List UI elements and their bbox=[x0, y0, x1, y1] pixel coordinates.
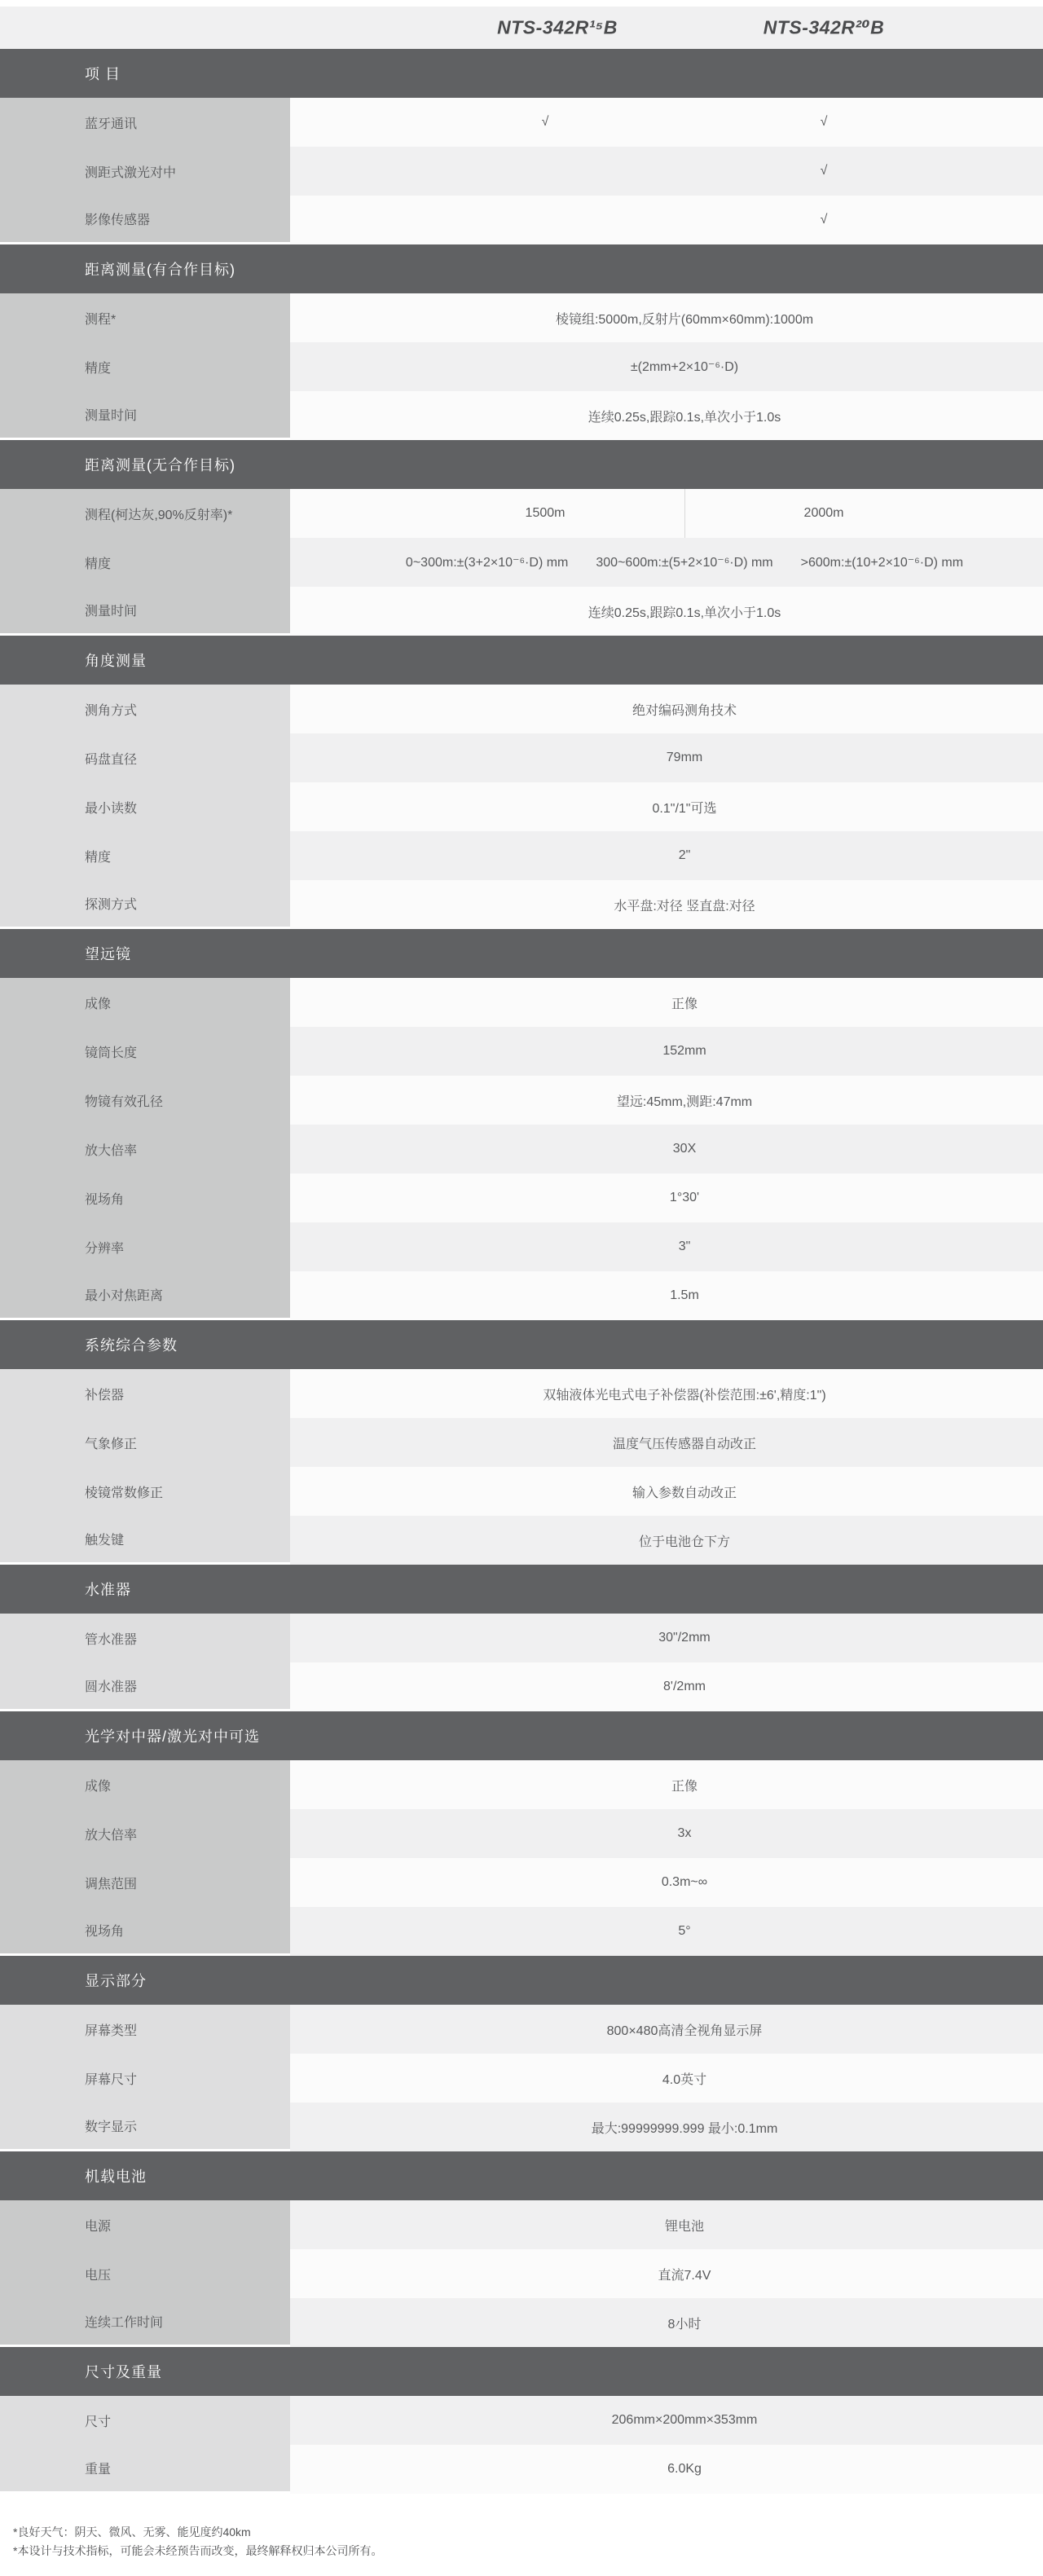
row-value: 连续0.25s,跟踪0.1s,单次小于1.0s bbox=[326, 587, 1043, 636]
footnote-weather: *良好天气：阴天、微风、无雾、能见度约40km bbox=[13, 2523, 1043, 2542]
row-label-cell: 圆水准器 bbox=[0, 1662, 290, 1711]
table-row: 放大倍率3x bbox=[0, 1809, 1043, 1858]
row-value: 3x bbox=[326, 1809, 1043, 1858]
row-value-cell: 30"/2mm bbox=[290, 1614, 1043, 1662]
row-label-cell: 码盘直径 bbox=[0, 733, 290, 782]
row-value-cell: 直流7.4V bbox=[290, 2249, 1043, 2298]
row-value-cell: 800×480高清全视角显示屏 bbox=[290, 2005, 1043, 2054]
row-label-cell: 屏幕尺寸 bbox=[0, 2054, 290, 2103]
row-value: 正像 bbox=[326, 1760, 1043, 1809]
row-label: 补偿器 bbox=[85, 1385, 124, 1403]
row-value-cell: 1.5m bbox=[290, 1271, 1043, 1320]
table-row: 气象修正温度气压传感器自动改正 bbox=[0, 1418, 1043, 1467]
section-title: 光学对中器/激光对中可选 bbox=[85, 1725, 260, 1746]
row-label: 影像传感器 bbox=[85, 209, 150, 228]
row-value: ±(2mm+2×10⁻⁶·D) bbox=[326, 342, 1043, 391]
row-label: 物镜有效孔径 bbox=[85, 1091, 163, 1110]
row-label-cell: 视场角 bbox=[0, 1174, 290, 1222]
row-value-cell: √ bbox=[290, 196, 1043, 244]
section-title: 距离测量(无合作目标) bbox=[85, 454, 235, 475]
row-label-cell: 最小读数 bbox=[0, 782, 290, 831]
row-label: 管水准器 bbox=[85, 1629, 137, 1648]
table-row: 电压直流7.4V bbox=[0, 2249, 1043, 2298]
spec-section: 显示部分屏幕类型800×480高清全视角显示屏屏幕尺寸4.0英寸数字显示最大:9… bbox=[0, 1956, 1043, 2151]
row-value-cell: 输入参数自动改正 bbox=[290, 1467, 1043, 1516]
table-row: 连续工作时间8小时 bbox=[0, 2298, 1043, 2347]
row-label: 屏幕尺寸 bbox=[85, 2069, 137, 2088]
row-value-cell: 4.0英寸 bbox=[290, 2054, 1043, 2103]
row-value-cell: 连续0.25s,跟踪0.1s,单次小于1.0s bbox=[290, 587, 1043, 636]
section-title: 角度测量 bbox=[85, 650, 147, 671]
row-label: 放大倍率 bbox=[85, 1140, 137, 1159]
row-label-cell: 气象修正 bbox=[0, 1418, 290, 1467]
value-segment: 300~600m:±(5+2×10⁻⁶·D) mm bbox=[596, 554, 772, 570]
row-label: 镜筒长度 bbox=[85, 1042, 137, 1061]
row-label-cell: 连续工作时间 bbox=[0, 2298, 290, 2347]
model-header-band: NTS-342R¹⁵B NTS-342R²⁰B bbox=[0, 7, 1043, 49]
row-label: 码盘直径 bbox=[85, 749, 137, 768]
row-value-cell: 望远:45mm,测距:47mm bbox=[290, 1076, 1043, 1125]
row-value: 2" bbox=[326, 831, 1043, 880]
row-value: 800×480高清全视角显示屏 bbox=[326, 2005, 1043, 2054]
model-name-1: NTS-342R¹⁵B bbox=[497, 17, 618, 39]
row-value-cell: 0.3m~∞ bbox=[290, 1858, 1043, 1907]
spec-section: 系统综合参数补偿器双轴液体光电式电子补偿器(补偿范围:±6',精度:1")气象修… bbox=[0, 1320, 1043, 1565]
row-value-cell: 双轴液体光电式电子补偿器(补偿范围:±6',精度:1") bbox=[290, 1369, 1043, 1418]
row-label: 数字显示 bbox=[85, 2116, 137, 2135]
row-value-cell: 绝对编码测角技术 bbox=[290, 685, 1043, 733]
row-label-cell: 重量 bbox=[0, 2445, 290, 2494]
column-value: 2000m bbox=[804, 489, 844, 538]
row-value-cell: 0.1"/1"可选 bbox=[290, 782, 1043, 831]
row-value: 输入参数自动改正 bbox=[326, 1467, 1043, 1516]
section-bar: 望远镜 bbox=[0, 929, 1043, 978]
row-value-cell: 1500m2000m bbox=[290, 489, 1043, 538]
row-label: 最小读数 bbox=[85, 798, 137, 817]
check-mark: √ bbox=[542, 98, 549, 147]
row-label: 成像 bbox=[85, 993, 111, 1012]
row-label-cell: 数字显示 bbox=[0, 2103, 290, 2151]
row-value: 棱镜组:5000m,反射片(60mm×60mm):1000m bbox=[326, 293, 1043, 342]
row-label: 测距式激光对中 bbox=[85, 162, 176, 181]
row-value: 5° bbox=[326, 1907, 1043, 1956]
row-label-cell: 视场角 bbox=[0, 1907, 290, 1956]
row-label-cell: 影像传感器 bbox=[0, 196, 290, 244]
row-label-cell: 蓝牙通讯 bbox=[0, 98, 290, 147]
row-value-cell: 0~300m:±(3+2×10⁻⁶·D) mm300~600m:±(5+2×10… bbox=[290, 538, 1043, 587]
table-row: 视场角5° bbox=[0, 1907, 1043, 1956]
section-bar: 角度测量 bbox=[0, 636, 1043, 685]
row-label: 精度 bbox=[85, 847, 111, 865]
row-label-cell: 电压 bbox=[0, 2249, 290, 2298]
section-title: 水准器 bbox=[85, 1579, 131, 1600]
table-row: 屏幕尺寸4.0英寸 bbox=[0, 2054, 1043, 2103]
row-label-cell: 精度 bbox=[0, 538, 290, 587]
row-value: 正像 bbox=[326, 978, 1043, 1027]
row-value: 绝对编码测角技术 bbox=[326, 685, 1043, 733]
table-row: 测量时间连续0.25s,跟踪0.1s,单次小于1.0s bbox=[0, 391, 1043, 440]
section-bar: 距离测量(无合作目标) bbox=[0, 440, 1043, 489]
row-label-cell: 放大倍率 bbox=[0, 1125, 290, 1174]
row-label-cell: 测程* bbox=[0, 293, 290, 342]
section-bar: 光学对中器/激光对中可选 bbox=[0, 1711, 1043, 1760]
table-row: 测程(柯达灰,90%反射率)*1500m2000m bbox=[0, 489, 1043, 538]
table-row: 精度±(2mm+2×10⁻⁶·D) bbox=[0, 342, 1043, 391]
row-label: 测量时间 bbox=[85, 601, 137, 619]
table-row: 测距式激光对中√ bbox=[0, 147, 1043, 196]
row-value: 4.0英寸 bbox=[326, 2054, 1043, 2103]
table-row: 物镜有效孔径望远:45mm,测距:47mm bbox=[0, 1076, 1043, 1125]
row-label: 重量 bbox=[85, 2459, 111, 2477]
row-label: 触发键 bbox=[85, 1530, 124, 1548]
row-label: 电源 bbox=[85, 2216, 111, 2235]
row-label-cell: 补偿器 bbox=[0, 1369, 290, 1418]
row-label-cell: 精度 bbox=[0, 342, 290, 391]
row-value: 位于电池仓下方 bbox=[326, 1516, 1043, 1565]
row-label: 成像 bbox=[85, 1776, 111, 1794]
row-label: 精度 bbox=[85, 553, 111, 572]
table-row: 镜筒长度152mm bbox=[0, 1027, 1043, 1076]
row-label: 最小对焦距离 bbox=[85, 1285, 163, 1304]
row-value-cell: 5° bbox=[290, 1907, 1043, 1956]
row-value: 温度气压传感器自动改正 bbox=[326, 1418, 1043, 1467]
row-value-cell: 水平盘:对径 竖直盘:对径 bbox=[290, 880, 1043, 929]
spec-section: 角度测量测角方式绝对编码测角技术码盘直径79mm最小读数0.1"/1"可选精度2… bbox=[0, 636, 1043, 929]
row-label-cell: 测量时间 bbox=[0, 391, 290, 440]
row-label: 棱镜常数修正 bbox=[85, 1482, 163, 1501]
row-label-cell: 测距式激光对中 bbox=[0, 147, 290, 196]
row-label-cell: 测量时间 bbox=[0, 587, 290, 636]
section-title: 望远镜 bbox=[85, 943, 131, 964]
table-row: 测量时间连续0.25s,跟踪0.1s,单次小于1.0s bbox=[0, 587, 1043, 636]
row-value-cell: 棱镜组:5000m,反射片(60mm×60mm):1000m bbox=[290, 293, 1043, 342]
row-value-cell: √√ bbox=[290, 98, 1043, 147]
row-label: 测程(柯达灰,90%反射率)* bbox=[85, 504, 232, 523]
table-row: 最小对焦距离1.5m bbox=[0, 1271, 1043, 1320]
table-row: 最小读数0.1"/1"可选 bbox=[0, 782, 1043, 831]
row-label-cell: 棱镜常数修正 bbox=[0, 1467, 290, 1516]
row-value-cell: 206mm×200mm×353mm bbox=[290, 2396, 1043, 2445]
section-bar: 距离测量(有合作目标) bbox=[0, 244, 1043, 293]
row-label: 视场角 bbox=[85, 1189, 124, 1208]
table-row: 棱镜常数修正输入参数自动改正 bbox=[0, 1467, 1043, 1516]
row-label: 连续工作时间 bbox=[85, 2312, 163, 2331]
row-label-cell: 成像 bbox=[0, 978, 290, 1027]
column-divider bbox=[684, 489, 685, 538]
row-value-cell: 连续0.25s,跟踪0.1s,单次小于1.0s bbox=[290, 391, 1043, 440]
spec-section: 机载电池电源锂电池电压直流7.4V连续工作时间8小时 bbox=[0, 2151, 1043, 2347]
row-value: 1.5m bbox=[326, 1271, 1043, 1320]
section-title: 尺寸及重量 bbox=[85, 2361, 162, 2382]
section-bar: 水准器 bbox=[0, 1565, 1043, 1614]
row-value-cell: 正像 bbox=[290, 1760, 1043, 1809]
table-row: 视场角1°30' bbox=[0, 1174, 1043, 1222]
row-value: 3" bbox=[326, 1222, 1043, 1271]
row-value: 望远:45mm,测距:47mm bbox=[326, 1076, 1043, 1125]
section-bar: 系统综合参数 bbox=[0, 1320, 1043, 1369]
row-label: 电压 bbox=[85, 2265, 111, 2283]
row-value-cell: 锂电池 bbox=[290, 2200, 1043, 2249]
table-row: 影像传感器√ bbox=[0, 196, 1043, 244]
row-label: 测程* bbox=[85, 309, 116, 328]
section-bar: 项 目 bbox=[0, 49, 1043, 98]
row-value-cell: 79mm bbox=[290, 733, 1043, 782]
row-label-cell: 探测方式 bbox=[0, 880, 290, 929]
table-row: 圆水准器8'/2mm bbox=[0, 1662, 1043, 1711]
spec-section: 尺寸及重量尺寸206mm×200mm×353mm重量6.0Kg bbox=[0, 2347, 1043, 2494]
section-title: 系统综合参数 bbox=[85, 1334, 178, 1355]
row-value: 最大:99999999.999 最小:0.1mm bbox=[326, 2103, 1043, 2151]
table-row: 重量6.0Kg bbox=[0, 2445, 1043, 2494]
row-value-cell: 正像 bbox=[290, 978, 1043, 1027]
row-label-cell: 最小对焦距离 bbox=[0, 1271, 290, 1320]
row-value-cell: 位于电池仓下方 bbox=[290, 1516, 1043, 1565]
spec-section: 项 目蓝牙通讯√√测距式激光对中√影像传感器√ bbox=[0, 49, 1043, 244]
row-value: 8小时 bbox=[326, 2298, 1043, 2347]
table-row: 触发键位于电池仓下方 bbox=[0, 1516, 1043, 1565]
footnote-disclaimer: *本设计与技术指标，可能会未经预告而改变，最终解释权归本公司所有。 bbox=[13, 2542, 1043, 2561]
row-label-cell: 调焦范围 bbox=[0, 1858, 290, 1907]
table-row: 成像正像 bbox=[0, 978, 1043, 1027]
row-value-cell: 3x bbox=[290, 1809, 1043, 1858]
row-label: 精度 bbox=[85, 358, 111, 376]
row-label-cell: 成像 bbox=[0, 1760, 290, 1809]
table-row: 调焦范围0.3m~∞ bbox=[0, 1858, 1043, 1907]
row-value: 0.1"/1"可选 bbox=[326, 782, 1043, 831]
row-value: 连续0.25s,跟踪0.1s,单次小于1.0s bbox=[326, 391, 1043, 440]
spec-section: 距离测量(有合作目标)测程*棱镜组:5000m,反射片(60mm×60mm):1… bbox=[0, 244, 1043, 440]
spec-section: 距离测量(无合作目标)测程(柯达灰,90%反射率)*1500m2000m精度0~… bbox=[0, 440, 1043, 636]
check-mark: √ bbox=[821, 98, 828, 147]
column-value: 1500m bbox=[526, 489, 566, 538]
table-row: 测程*棱镜组:5000m,反射片(60mm×60mm):1000m bbox=[0, 293, 1043, 342]
row-label: 视场角 bbox=[85, 1921, 124, 1940]
value-segment: >600m:±(10+2×10⁻⁶·D) mm bbox=[801, 554, 963, 570]
row-label-cell: 放大倍率 bbox=[0, 1809, 290, 1858]
table-row: 电源锂电池 bbox=[0, 2200, 1043, 2249]
table-row: 数字显示最大:99999999.999 最小:0.1mm bbox=[0, 2103, 1043, 2151]
spec-table: 项 目蓝牙通讯√√测距式激光对中√影像传感器√距离测量(有合作目标)测程*棱镜组… bbox=[0, 49, 1043, 2494]
row-value: 79mm bbox=[326, 733, 1043, 782]
row-label-cell: 分辨率 bbox=[0, 1222, 290, 1271]
table-row: 尺寸206mm×200mm×353mm bbox=[0, 2396, 1043, 2445]
row-label: 气象修正 bbox=[85, 1433, 137, 1452]
section-title: 距离测量(有合作目标) bbox=[85, 258, 235, 280]
row-label: 屏幕类型 bbox=[85, 2020, 137, 2039]
table-row: 精度0~300m:±(3+2×10⁻⁶·D) mm300~600m:±(5+2×… bbox=[0, 538, 1043, 587]
row-value: 水平盘:对径 竖直盘:对径 bbox=[326, 880, 1043, 929]
row-value: 30X bbox=[326, 1125, 1043, 1174]
table-row: 管水准器30"/2mm bbox=[0, 1614, 1043, 1662]
table-row: 放大倍率30X bbox=[0, 1125, 1043, 1174]
table-row: 精度2" bbox=[0, 831, 1043, 880]
row-value-cell: 30X bbox=[290, 1125, 1043, 1174]
row-label: 测角方式 bbox=[85, 700, 137, 719]
spec-section: 水准器管水准器30"/2mm圆水准器8'/2mm bbox=[0, 1565, 1043, 1711]
row-value-cell: 温度气压传感器自动改正 bbox=[290, 1418, 1043, 1467]
row-value: 152mm bbox=[326, 1027, 1043, 1076]
row-value-cell: 8小时 bbox=[290, 2298, 1043, 2347]
row-label: 蓝牙通讯 bbox=[85, 113, 137, 132]
row-label-cell: 测程(柯达灰,90%反射率)* bbox=[0, 489, 290, 538]
row-label-cell: 精度 bbox=[0, 831, 290, 880]
row-label-cell: 物镜有效孔径 bbox=[0, 1076, 290, 1125]
table-row: 蓝牙通讯√√ bbox=[0, 98, 1043, 147]
row-value: 0.3m~∞ bbox=[326, 1858, 1043, 1907]
row-label: 探测方式 bbox=[85, 894, 137, 913]
row-label-cell: 屏幕类型 bbox=[0, 2005, 290, 2054]
row-value: 双轴液体光电式电子补偿器(补偿范围:±6',精度:1") bbox=[326, 1369, 1043, 1418]
row-label-cell: 镜筒长度 bbox=[0, 1027, 290, 1076]
row-value-cell: 152mm bbox=[290, 1027, 1043, 1076]
row-value: 206mm×200mm×353mm bbox=[326, 2396, 1043, 2445]
row-value: 8'/2mm bbox=[326, 1662, 1043, 1711]
value-segment: 0~300m:±(3+2×10⁻⁶·D) mm bbox=[406, 554, 568, 570]
table-row: 屏幕类型800×480高清全视角显示屏 bbox=[0, 2005, 1043, 2054]
row-value: 直流7.4V bbox=[326, 2249, 1043, 2298]
row-value-cell: 8'/2mm bbox=[290, 1662, 1043, 1711]
check-mark: √ bbox=[821, 147, 828, 196]
row-value-cell: 最大:99999999.999 最小:0.1mm bbox=[290, 2103, 1043, 2151]
row-value-cell: ±(2mm+2×10⁻⁶·D) bbox=[290, 342, 1043, 391]
row-label-cell: 尺寸 bbox=[0, 2396, 290, 2445]
row-value-cell: 1°30' bbox=[290, 1174, 1043, 1222]
row-label-cell: 测角方式 bbox=[0, 685, 290, 733]
table-row: 探测方式水平盘:对径 竖直盘:对径 bbox=[0, 880, 1043, 929]
row-value-segments: 0~300m:±(3+2×10⁻⁶·D) mm300~600m:±(5+2×10… bbox=[326, 538, 1043, 587]
row-value: 1°30' bbox=[326, 1174, 1043, 1222]
section-title: 显示部分 bbox=[85, 1970, 147, 1991]
table-row: 成像正像 bbox=[0, 1760, 1043, 1809]
row-value-cell: √ bbox=[290, 147, 1043, 196]
section-bar: 机载电池 bbox=[0, 2151, 1043, 2200]
table-row: 测角方式绝对编码测角技术 bbox=[0, 685, 1043, 733]
row-value-cell: 3" bbox=[290, 1222, 1043, 1271]
section-title: 项 目 bbox=[85, 63, 121, 84]
row-label: 测量时间 bbox=[85, 405, 137, 424]
spec-section: 望远镜成像正像镜筒长度152mm物镜有效孔径望远:45mm,测距:47mm放大倍… bbox=[0, 929, 1043, 1320]
row-label-cell: 电源 bbox=[0, 2200, 290, 2249]
model-name-2: NTS-342R²⁰B bbox=[764, 17, 885, 39]
spec-section: 光学对中器/激光对中可选成像正像放大倍率3x调焦范围0.3m~∞视场角5° bbox=[0, 1711, 1043, 1956]
row-label: 圆水准器 bbox=[85, 1676, 137, 1695]
row-label: 分辨率 bbox=[85, 1238, 124, 1257]
section-bar: 尺寸及重量 bbox=[0, 2347, 1043, 2396]
row-value: 30"/2mm bbox=[326, 1614, 1043, 1662]
row-label: 尺寸 bbox=[85, 2411, 111, 2430]
footnotes: *良好天气：阴天、微风、无雾、能见度约40km *本设计与技术指标，可能会未经预… bbox=[0, 2494, 1043, 2561]
table-row: 补偿器双轴液体光电式电子补偿器(补偿范围:±6',精度:1") bbox=[0, 1369, 1043, 1418]
row-label-cell: 管水准器 bbox=[0, 1614, 290, 1662]
check-mark: √ bbox=[821, 196, 828, 244]
table-row: 分辨率3" bbox=[0, 1222, 1043, 1271]
row-value: 锂电池 bbox=[326, 2200, 1043, 2249]
row-value: 6.0Kg bbox=[326, 2445, 1043, 2494]
row-label: 放大倍率 bbox=[85, 1825, 137, 1843]
row-label: 调焦范围 bbox=[85, 1874, 137, 1892]
table-row: 码盘直径79mm bbox=[0, 733, 1043, 782]
section-bar: 显示部分 bbox=[0, 1956, 1043, 2005]
row-label-cell: 触发键 bbox=[0, 1516, 290, 1565]
row-value-cell: 6.0Kg bbox=[290, 2445, 1043, 2494]
row-value-cell: 2" bbox=[290, 831, 1043, 880]
section-title: 机载电池 bbox=[85, 2165, 147, 2186]
